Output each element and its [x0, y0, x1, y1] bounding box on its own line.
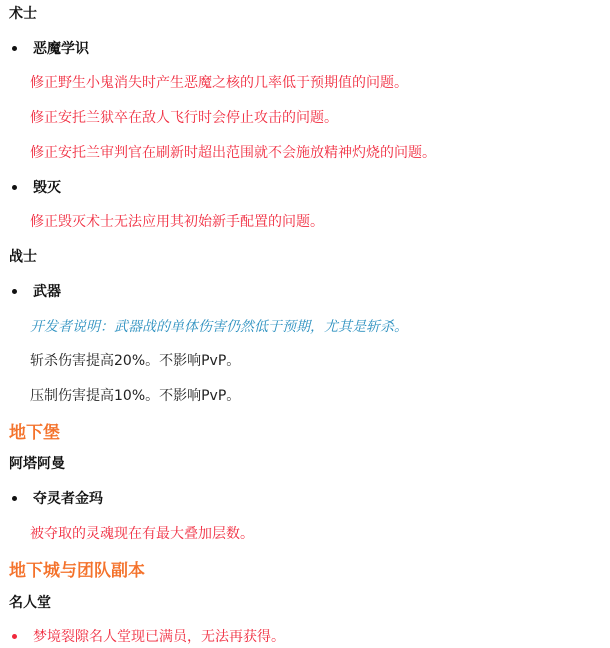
- subheading-hall-of-fame: 名人堂: [9, 592, 51, 612]
- subheading-delve-name: 阿塔阿曼: [9, 453, 65, 473]
- change-note: 斩杀伤害提高20%。不影响PvP。: [30, 350, 240, 370]
- class-heading-warlock: 术士: [9, 3, 37, 23]
- developer-note: 开发者说明：武器战的单体伤害仍然低于预期，尤其是斩杀。: [30, 316, 408, 336]
- change-note: 压制伤害提高10%。不影响PvP。: [30, 385, 240, 405]
- section-heading-dungeons-raids: 地下城与团队副本: [9, 556, 145, 581]
- spec-label: 武器: [33, 281, 61, 301]
- hall-of-fame-item: 梦境裂隙名人堂现已满员，无法再获得。: [9, 626, 285, 646]
- fix-note: 修正安托兰审判官在刷新时超出范围就不会施放精神灼烧的问题。: [30, 142, 436, 162]
- bullet-icon: [12, 185, 17, 190]
- fix-note: 被夺取的灵魂现在有最大叠加层数。: [30, 523, 254, 543]
- spec-item-destruction: 毁灭: [9, 177, 61, 197]
- fix-note: 修正安托兰狱卒在敌人飞行时会停止攻击的问题。: [30, 107, 338, 127]
- bullet-icon: [12, 496, 17, 501]
- boss-item: 夺灵者金玛: [9, 488, 103, 508]
- bullet-icon: [12, 46, 17, 51]
- fix-note: 修正毁灭术士无法应用其初始新手配置的问题。: [30, 211, 324, 231]
- section-heading-delves: 地下堡: [9, 418, 60, 443]
- hall-of-fame-note: 梦境裂隙名人堂现已满员，无法再获得。: [33, 626, 285, 646]
- spec-label: 毁灭: [33, 177, 61, 197]
- fix-note: 修正野生小鬼消失时产生恶魔之核的几率低于预期值的问题。: [30, 72, 408, 92]
- boss-label: 夺灵者金玛: [33, 488, 103, 508]
- spec-label: 恶魔学识: [33, 38, 89, 58]
- spec-item-demonology: 恶魔学识: [9, 38, 89, 58]
- bullet-icon: [12, 634, 17, 639]
- bullet-icon: [12, 289, 17, 294]
- class-heading-warrior: 战士: [9, 246, 37, 266]
- spec-item-arms: 武器: [9, 281, 61, 301]
